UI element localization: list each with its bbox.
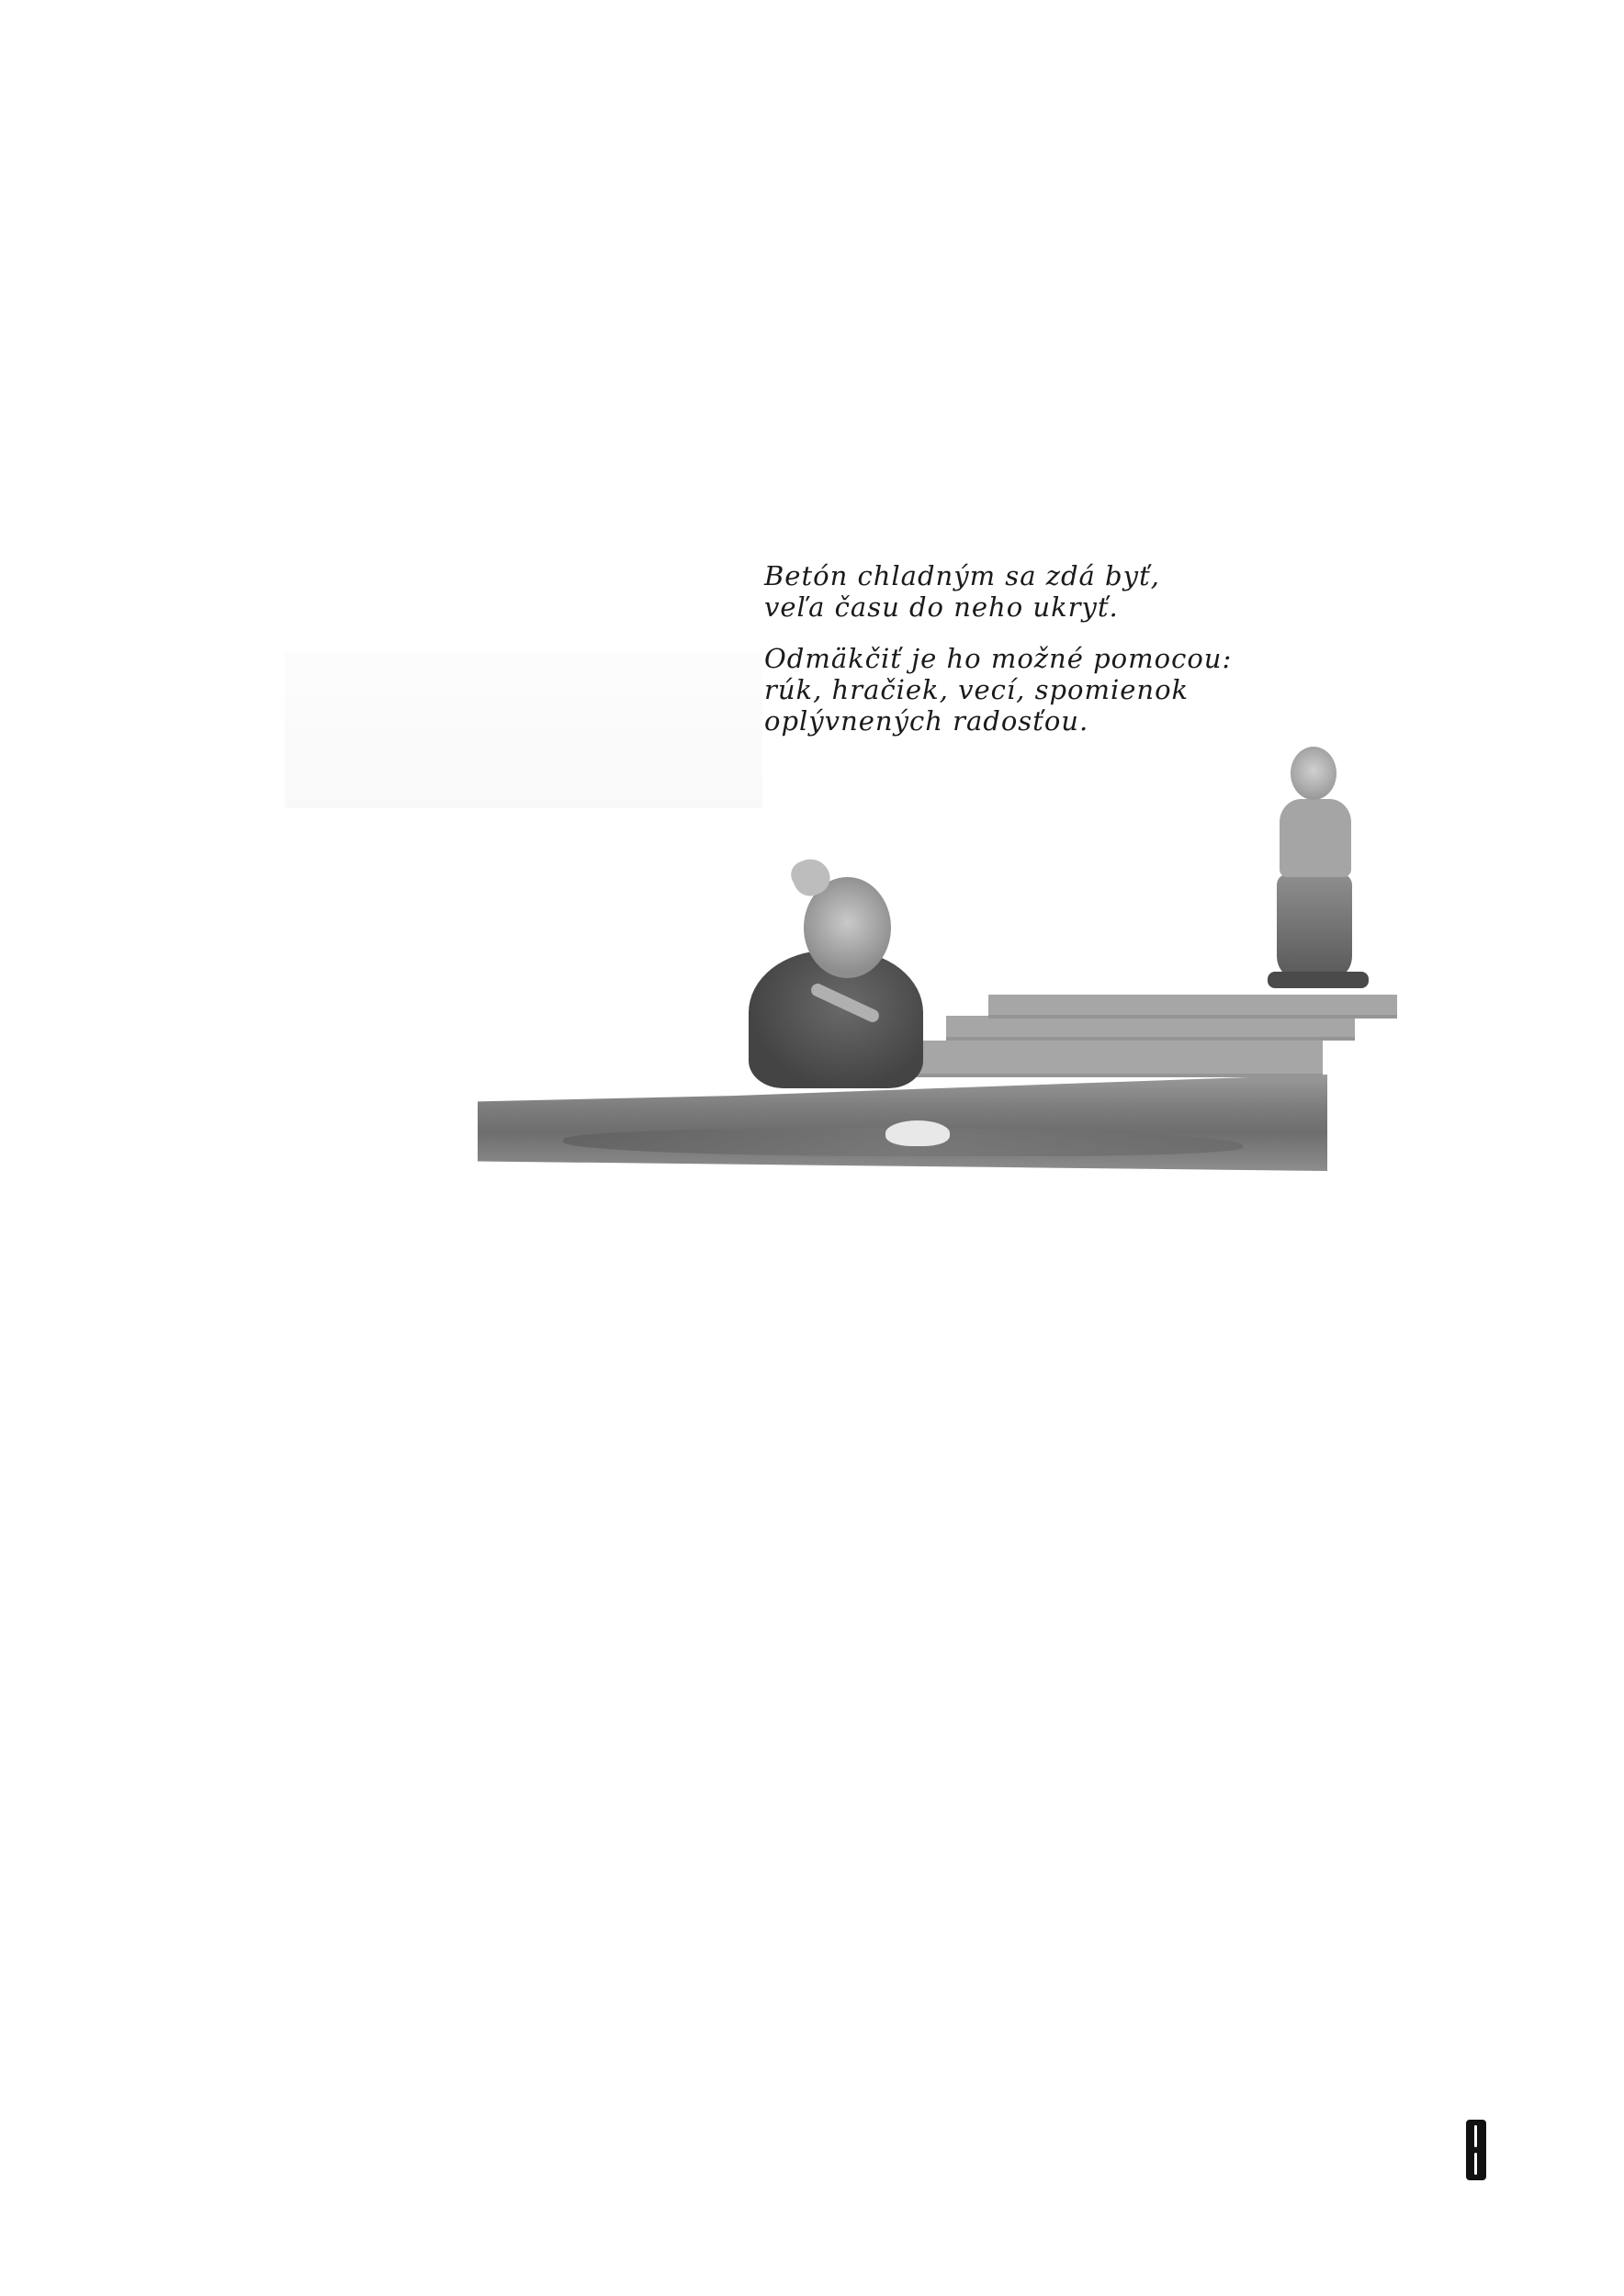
boy-trousers <box>1277 875 1352 976</box>
girl-crouching <box>749 859 932 1093</box>
concrete-step-top <box>988 995 1397 1019</box>
photo-collage <box>0 0 1624 1194</box>
boy-sweater <box>1280 799 1351 877</box>
paper-boat <box>885 1120 950 1146</box>
boy-head <box>1291 747 1336 800</box>
boy-shoes <box>1268 972 1369 988</box>
concrete-step-bottom <box>914 1041 1323 1077</box>
boy-standing <box>1263 742 1373 995</box>
page-number: 8 <box>1466 2120 1486 2180</box>
page-number-text: 8 <box>1466 2120 1467 2121</box>
concrete-step-middle <box>946 1016 1355 1041</box>
